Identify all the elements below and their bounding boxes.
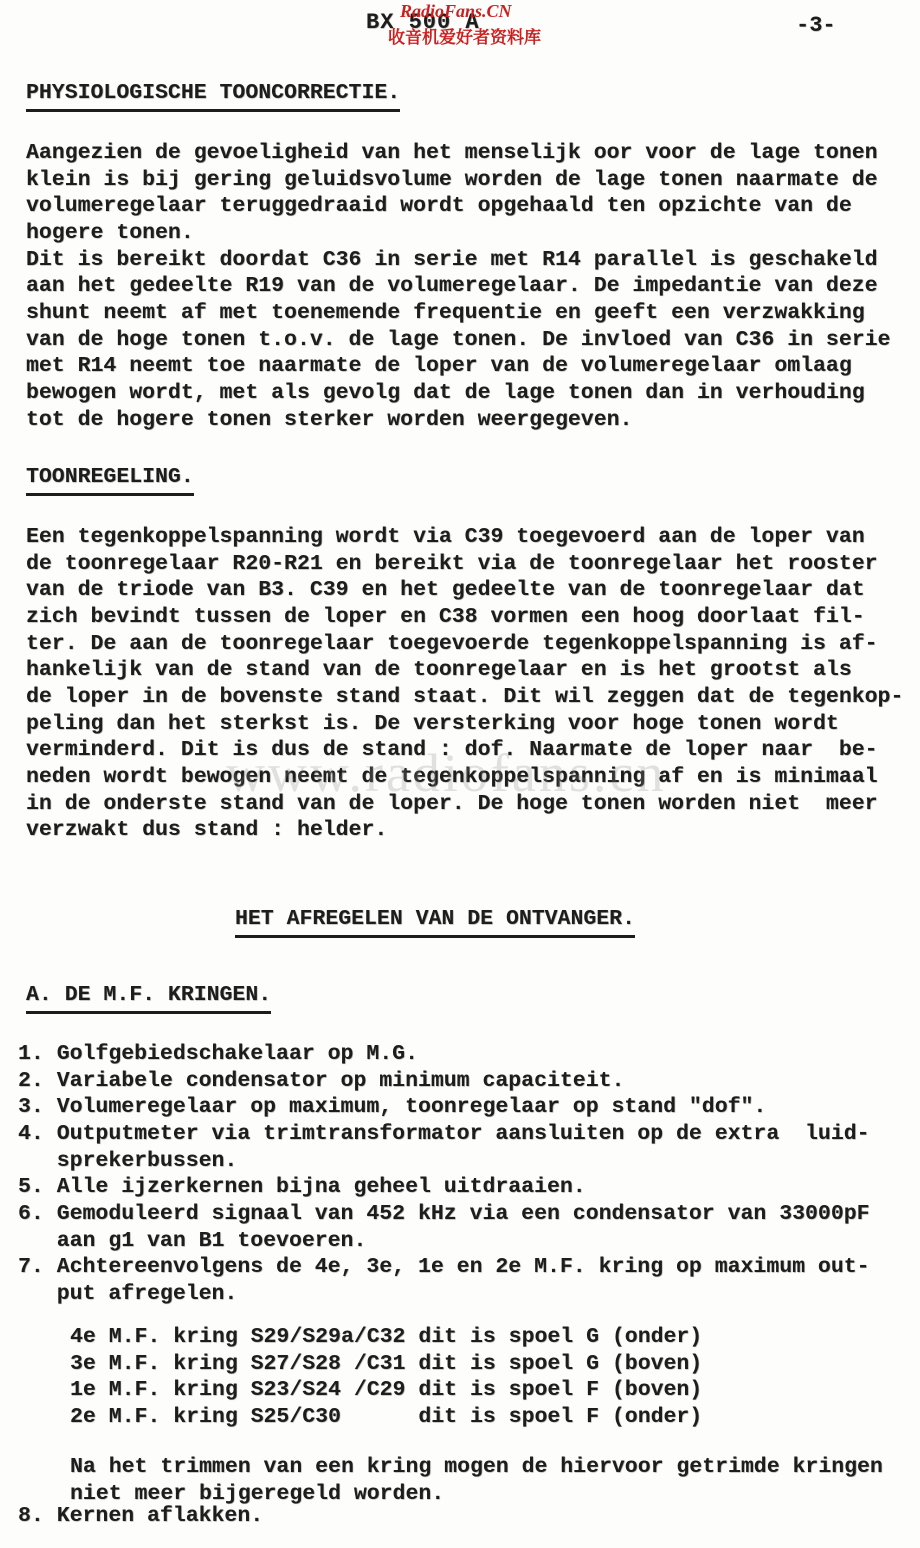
chapter-heading-afregelen: HET AFREGELEN VAN DE ONTVANGER. <box>235 906 635 938</box>
text-line: tot de hogere tonen sterker worden weerg… <box>26 407 890 434</box>
text-line: zich bevindt tussen de loper en C38 vorm… <box>26 604 903 631</box>
text-line: shunt neemt af met toenemende frequentie… <box>26 300 890 327</box>
subsection-heading-text: A. DE M.F. KRINGEN. <box>26 982 271 1014</box>
text-line: Dit is bereikt doordat C36 in serie met … <box>26 247 890 274</box>
text-line: 6. Gemoduleerd signaal van 452 kHz via e… <box>18 1201 870 1228</box>
text-line: 3. Volumeregelaar op maximum, toonregela… <box>18 1094 870 1121</box>
text-line: sprekerbussen. <box>18 1148 870 1175</box>
text-line: Aangezien de gevoeligheid van het mensel… <box>26 140 890 167</box>
text-line: ter. De aan de toonregelaar toegevoerde … <box>26 631 903 658</box>
mf-kring-table: 4e M.F. kring S29/S29a/C32 dit is spoel … <box>70 1324 702 1431</box>
text-line: verzwakt dus stand : helder. <box>26 817 903 844</box>
text-line: hogere tonen. <box>26 220 890 247</box>
text-line: hankelijk van de stand van de toonregela… <box>26 657 903 684</box>
text-line: Een tegenkoppelspanning wordt via C39 to… <box>26 524 903 551</box>
radiofans-stamp: RadioFans.CN 收音机爱好者资料库 <box>388 1 541 48</box>
section-heading-physiologische: PHYSIOLOGISCHE TOONCORRECTIE. <box>26 80 400 112</box>
text-line: 4. Outputmeter via trimtransformator aan… <box>18 1121 870 1148</box>
scanned-document-page: BX 500 A RadioFans.CN 收音机爱好者资料库 -3- www.… <box>0 0 920 1548</box>
text-line: 4e M.F. kring S29/S29a/C32 dit is spoel … <box>70 1324 702 1351</box>
text-line: de toonregelaar R20-R21 en bereikt via d… <box>26 551 903 578</box>
text-line: 2e M.F. kring S25/C30 dit is spoel F (on… <box>70 1404 702 1431</box>
numbered-steps-list: 1. Golfgebiedschakelaar op M.G.2. Variab… <box>18 1041 870 1308</box>
text-line: 1e M.F. kring S23/S24 /C29 dit is spoel … <box>70 1377 702 1404</box>
text-line: met R14 neemt toe naarmate de loper van … <box>26 353 890 380</box>
text-line: 3e M.F. kring S27/S28 /C31 dit is spoel … <box>70 1351 702 1378</box>
text-line: 1. Golfgebiedschakelaar op M.G. <box>18 1041 870 1068</box>
text-line: aan het gedeelte R19 van de volumeregela… <box>26 273 890 300</box>
text-line: 7. Achtereenvolgens de 4e, 3e, 1e en 2e … <box>18 1254 870 1281</box>
text-line: 5. Alle ijzerkernen bijna geheel uitdraa… <box>18 1174 870 1201</box>
text-line: aan g1 van B1 toevoeren. <box>18 1228 870 1255</box>
text-line: peling dan het sterkst is. De versterkin… <box>26 711 903 738</box>
stamp-site-name: RadioFans.CN <box>400 1 541 22</box>
text-line: Na het trimmen van een kring mogen de hi… <box>70 1454 883 1481</box>
text-line: put afregelen. <box>18 1281 870 1308</box>
section-heading-text: TOONREGELING. <box>26 464 194 496</box>
paragraph-physiologische: Aangezien de gevoeligheid van het mensel… <box>26 140 890 433</box>
text-line: klein is bij gering geluidsvolume worden… <box>26 167 890 194</box>
watermark-url-text: www.radiofans.cn <box>226 742 666 804</box>
text-line: van de triode van B3. C39 en het gedeelt… <box>26 577 903 604</box>
text-line: de loper in de bovenste stand staat. Dit… <box>26 684 903 711</box>
text-line: 2. Variabele condensator op minimum capa… <box>18 1068 870 1095</box>
trim-note: Na het trimmen van een kring mogen de hi… <box>70 1454 883 1507</box>
stamp-chinese-text: 收音机爱好者资料库 <box>388 23 541 48</box>
text-line: volumeregelaar teruggedraaid wordt opgeh… <box>26 193 890 220</box>
step-8: 8. Kernen aflakken. <box>18 1503 263 1530</box>
text-line: bewogen wordt, met als gevolg dat de lag… <box>26 380 890 407</box>
section-heading-text: PHYSIOLOGISCHE TOONCORRECTIE. <box>26 80 400 112</box>
chapter-heading-text: HET AFREGELEN VAN DE ONTVANGER. <box>235 906 635 938</box>
section-heading-toonregeling: TOONREGELING. <box>26 464 194 496</box>
page-number: -3- <box>796 13 836 40</box>
subsection-heading-mf-kringen: A. DE M.F. KRINGEN. <box>26 982 271 1014</box>
text-line: van de hoge tonen t.o.v. de lage tonen. … <box>26 327 890 354</box>
